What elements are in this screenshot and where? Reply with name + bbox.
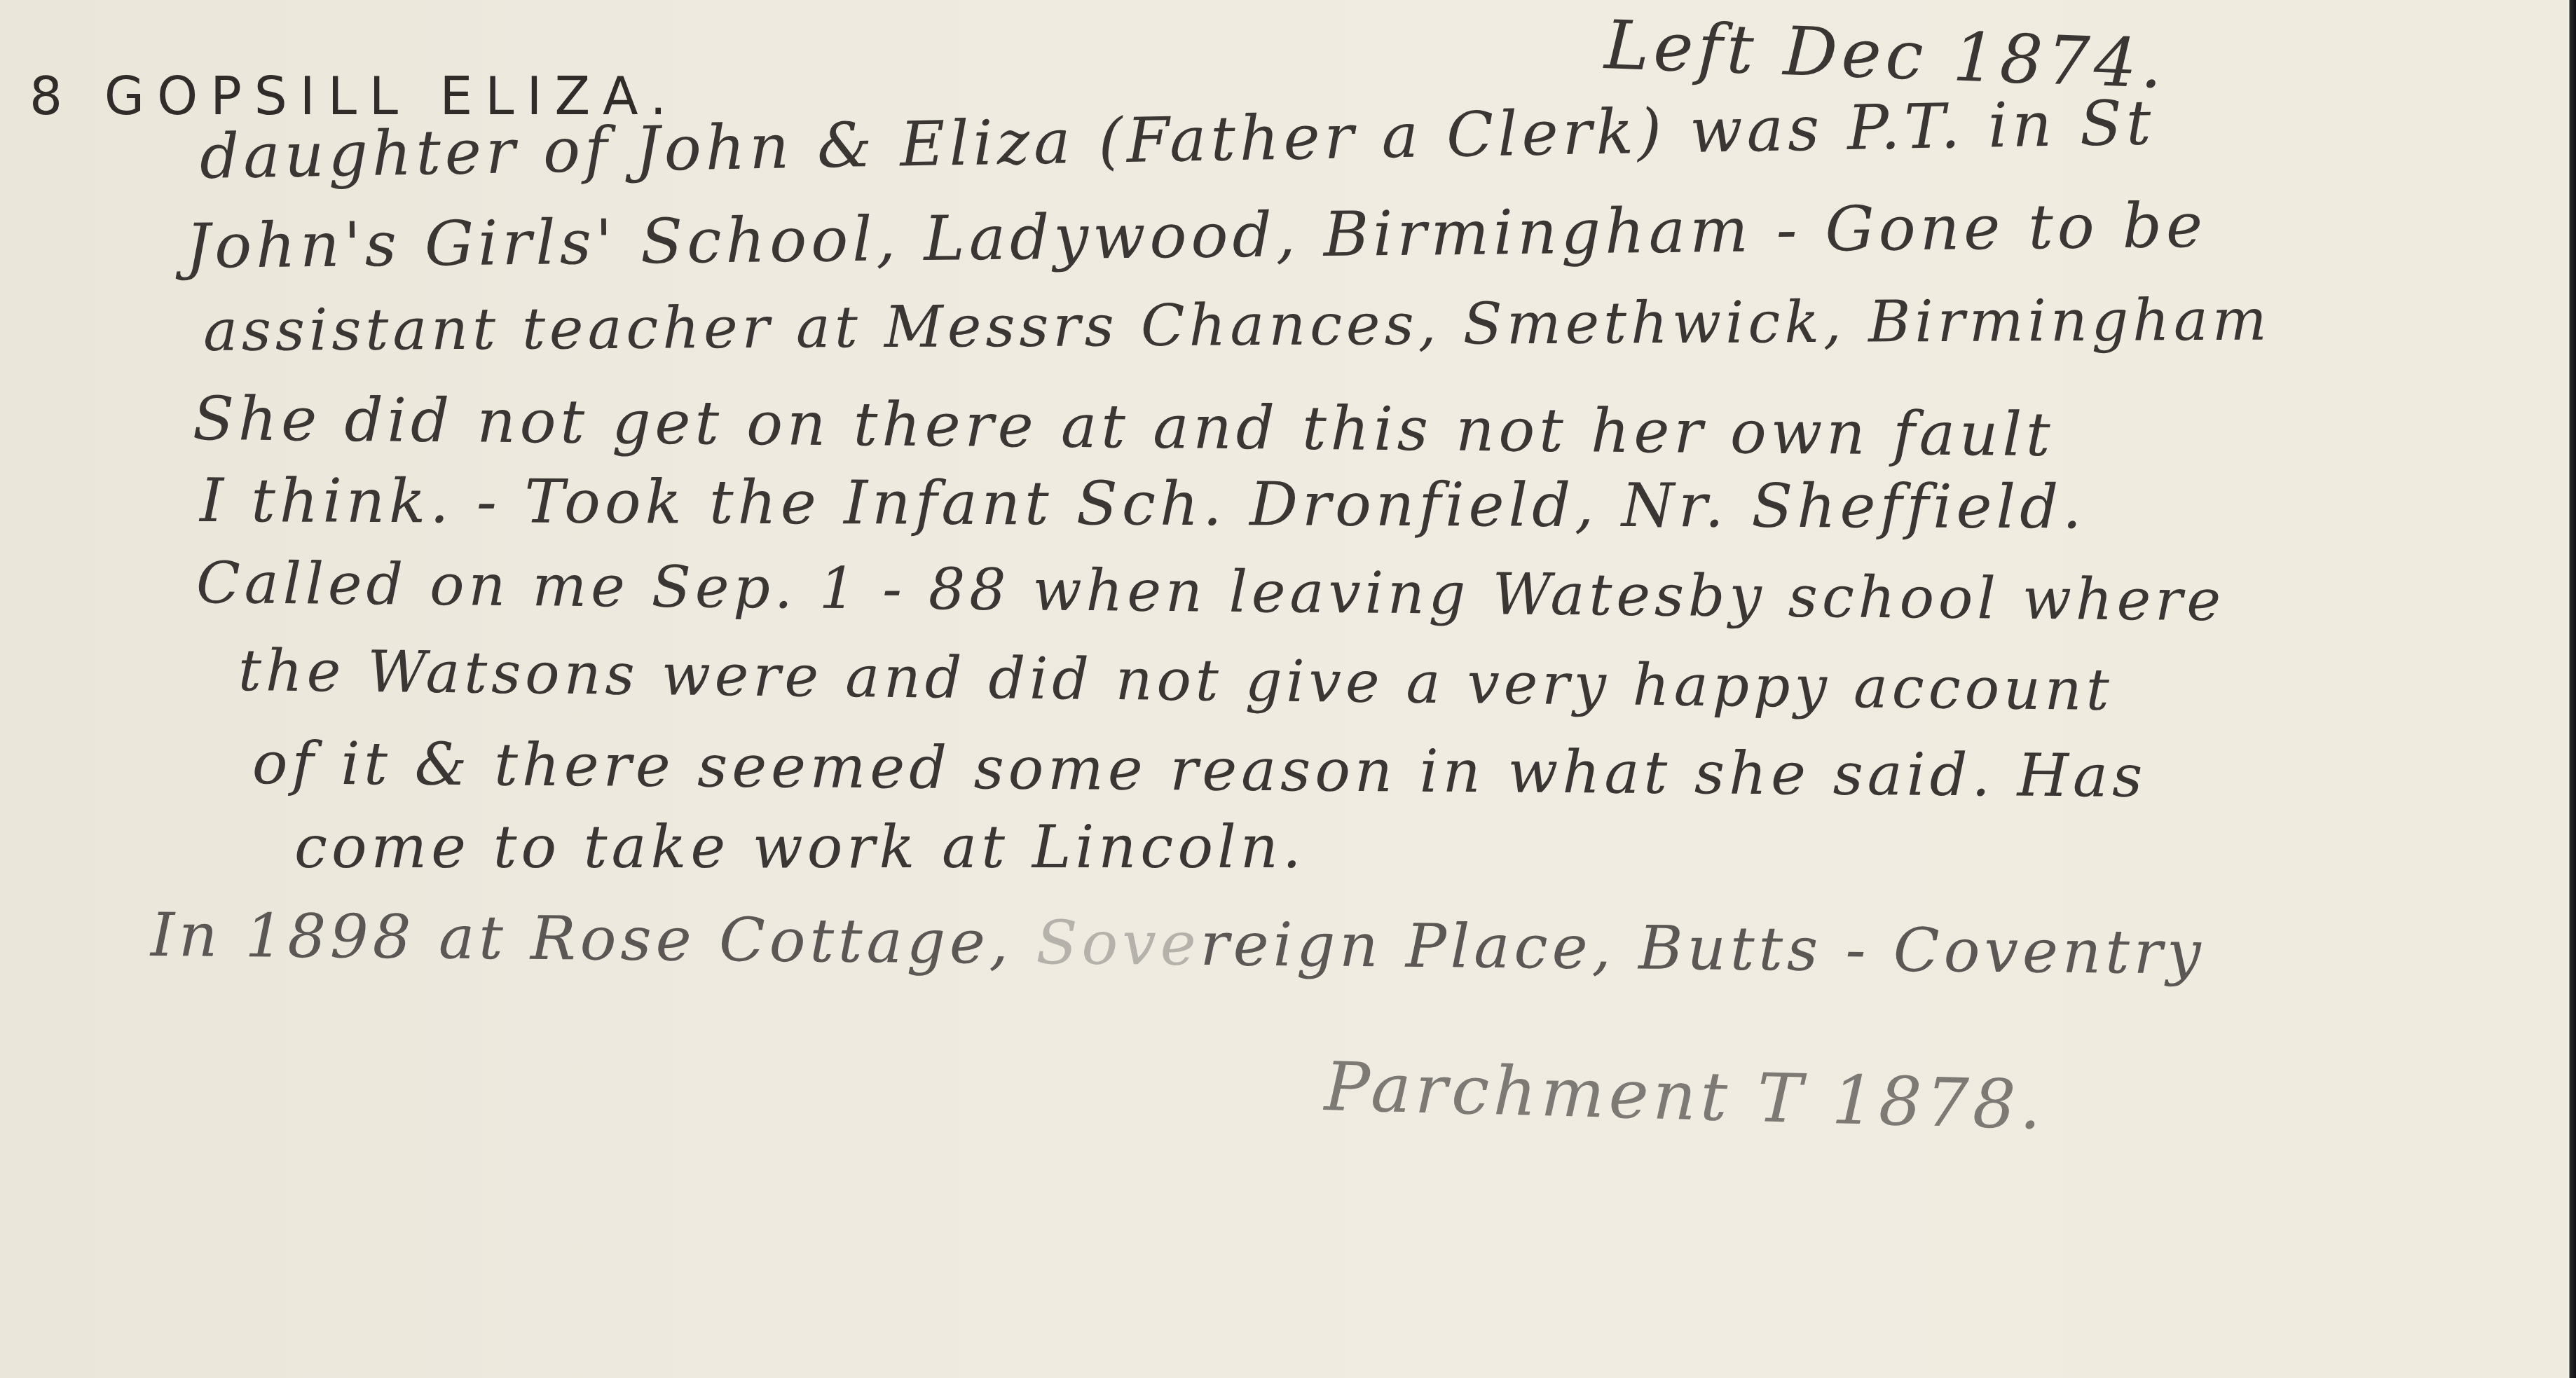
body-line-7: the Watsons were and did not give a very… — [238, 638, 2114, 724]
body-line-6: Called on me Sep. 1 - 88 when leaving Wa… — [196, 550, 2226, 634]
address-prefix: In 1898 at Rose Cottage, — [151, 900, 1036, 978]
parchment-note: Parchment T 1878. — [1324, 1047, 2047, 1145]
address-faded-word: Sove — [1036, 908, 1200, 979]
page-edge-shadow — [2568, 0, 2576, 1378]
entry-number: 8 — [29, 67, 75, 127]
address-line: In 1898 at Rose Cottage, Sovereign Place… — [151, 900, 2205, 988]
body-line-8: of it & there seemed some reason in what… — [252, 729, 2147, 811]
address-rest: reign Place, Butts - Coventry — [1200, 909, 2205, 988]
body-line-5: I think. - Took the Infant Sch. Dronfiel… — [200, 466, 2086, 542]
body-line-2: John's Girls' School, Ladywood, Birmingh… — [185, 189, 2207, 282]
ledger-page: 8 GOPSILL ELIZA. Left Dec 1874. daughter… — [0, 0, 2568, 1378]
body-line-9: come to take work at Lincoln. — [294, 813, 1306, 881]
body-line-3: assistant teacher at Messrs Chances, Sme… — [203, 287, 2271, 364]
body-line-4: She did not get on there at and this not… — [193, 384, 2055, 470]
